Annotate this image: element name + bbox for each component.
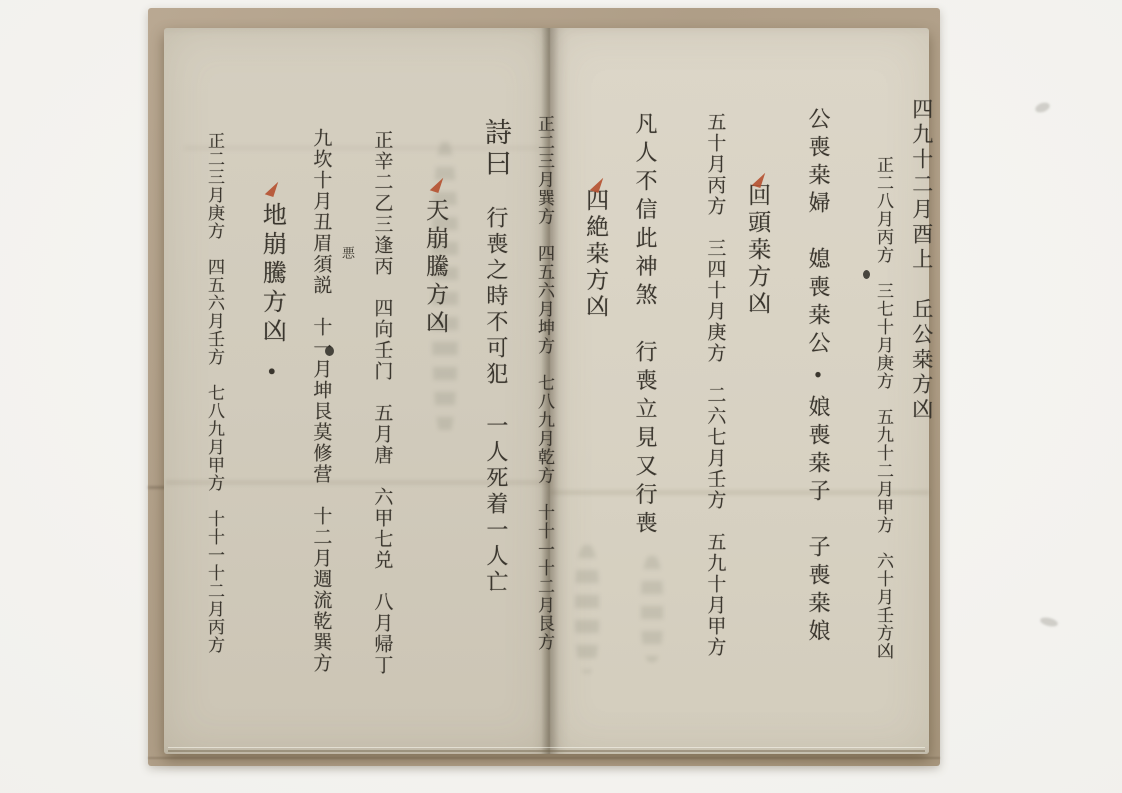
text-column-r3: 公喪桒婦 媳喪桒公●娘喪桒子 子喪桒娘 <box>805 107 831 647</box>
marginal-annotation: 悪 <box>338 246 357 259</box>
text-column-l1: 正二三月巽方 四五六月坤方 七八九月乾方 十十一十二月艮方 <box>534 115 554 652</box>
ink-dot-icon: ● <box>264 347 279 383</box>
vermilion-hook-icon <box>267 178 279 196</box>
ink-bleedthrough <box>575 545 599 673</box>
text-column-l6: 地崩騰方凶● <box>257 202 285 383</box>
text-column-l4: 正辛二乙三逢丙 四向壬门 五月唐 六甲七兑 八月帰丁 <box>370 130 392 676</box>
column-text: 地崩騰方凶 <box>258 202 284 347</box>
text-column-l3: 天崩騰方凶 <box>422 198 449 338</box>
ink-bleedthrough <box>641 556 663 662</box>
column-text: 娘喪桒子 子喪桒娘 <box>806 395 831 647</box>
ink-dot-icon <box>863 270 870 279</box>
vermilion-hook-icon <box>432 174 444 192</box>
text-column-r1: 四九十二月酉上 丘公桒方凶 <box>909 98 934 423</box>
column-text: 天崩騰方凶 <box>423 198 448 338</box>
text-column-r4: 回頭桒方凶 <box>744 183 771 318</box>
column-heading: 詩曰 <box>481 118 511 180</box>
page-edge-stack <box>168 750 925 752</box>
column-text: 回頭桒方凶 <box>745 183 770 318</box>
vermilion-hook-icon <box>754 169 766 187</box>
text-column-r5: 五十月丙方 三四十月庚方 二六七月壬方 五九十月甲方 <box>703 112 725 658</box>
scan-margin-mark <box>1034 101 1051 115</box>
ink-dot-icon: ● <box>811 359 825 395</box>
manuscript-photo: 四九十二月酉上 丘公桒方凶 正二八月丙方 三七十月庚方 五九十二月甲方 六十月壬… <box>0 0 1122 793</box>
scan-margin-mark <box>1039 616 1058 628</box>
column-text: 正二三月庚方 四五六月壬方 七八九月甲方 十十一十二月丙方 <box>205 132 224 654</box>
column-text: 凡人不信此神煞 行喪立見又行喪 <box>633 112 658 540</box>
cardboard-crease <box>148 757 940 759</box>
ink-dot-icon <box>325 346 334 356</box>
text-column-l2: 詩曰 行喪之時不可犯 一人死着一人亡 <box>479 118 511 596</box>
page-edge-stack <box>168 747 925 748</box>
text-column-r2: 正二八月丙方 三七十月庚方 五九十二月甲方 六十月壬方凶 <box>873 156 893 660</box>
vermilion-hook-icon <box>592 174 604 192</box>
column-text: 九坎十月丑眉須説 十一月坤艮莫修营 十二月週流乾巽方 <box>310 128 331 674</box>
column-text: 四九十二月酉上 丘公桒方凶 <box>910 98 934 423</box>
column-text: 行喪之時不可犯 一人死着一人亡 <box>484 180 509 596</box>
text-column-r7: 四絶桒方凶 <box>582 188 609 321</box>
column-text: 正二八月丙方 三七十月庚方 五九十二月甲方 六十月壬方凶 <box>874 156 893 660</box>
column-text: 公喪桒婦 媳喪桒公 <box>806 107 831 359</box>
column-text: 五十月丙方 三四十月庚方 二六七月壬方 五九十月甲方 <box>704 112 725 658</box>
column-text: 正二三月巽方 四五六月坤方 七八九月乾方 十十一十二月艮方 <box>535 115 554 652</box>
text-column-r6: 凡人不信此神煞 行喪立見又行喪 <box>632 112 658 540</box>
column-text: 四絶桒方凶 <box>583 188 608 321</box>
text-column-l5: 九坎十月丑眉須説 十一月坤艮莫修营 十二月週流乾巽方 <box>309 128 331 674</box>
column-text: 正辛二乙三逢丙 四向壬门 五月唐 六甲七兑 八月帰丁 <box>371 130 392 676</box>
text-column-l7: 正二三月庚方 四五六月壬方 七八九月甲方 十十一十二月丙方 <box>204 132 224 654</box>
